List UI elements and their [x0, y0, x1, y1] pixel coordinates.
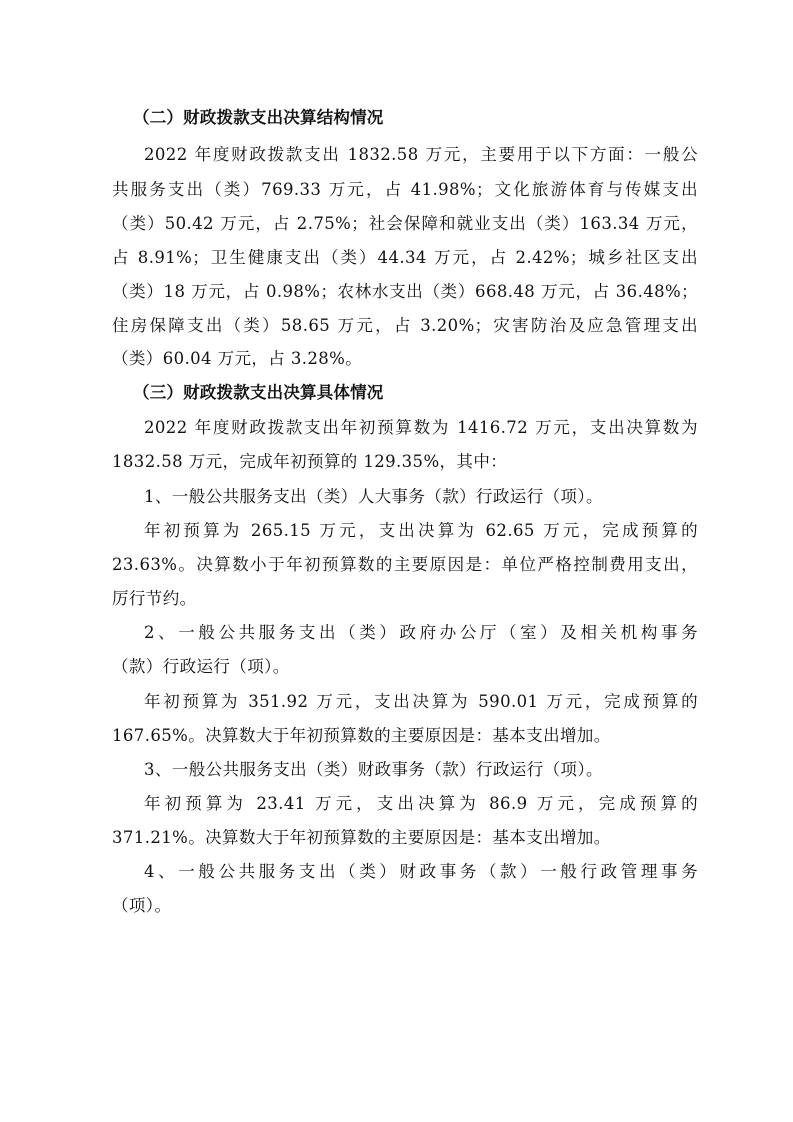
- paragraph-line: 共服务支出（类）769.33 万元，占 41.98%；文化旅游体育与传媒支出: [112, 178, 698, 202]
- paragraph-line: （类）18 万元，占 0.98%；农林水支出（类）668.48 万元，占 36.…: [112, 280, 698, 304]
- paragraph-line: （类）50.42 万元，占 2.75%；社会保障和就业支出（类）163.34 万…: [112, 212, 698, 236]
- item-title: 1、一般公共服务支出（类）人大事务（款）行政运行（项）。: [144, 485, 698, 509]
- paragraph-line: 厉行节约。: [112, 587, 698, 611]
- item-title: （项）。: [112, 894, 698, 918]
- item-title: 2、一般公共服务支出（类）政府办公厅（室）及相关机构事务: [144, 621, 698, 645]
- item-title: 4、一般公共服务支出（类）财政事务（款）一般行政管理事务: [144, 860, 698, 884]
- paragraph-line: 371.21%。决算数大于年初预算数的主要原因是：基本支出增加。: [112, 826, 698, 850]
- paragraph-line: 年初预算为 351.92 万元，支出决算为 590.01 万元，完成预算的: [144, 690, 698, 714]
- paragraph-line: 167.65%。决算数大于年初预算数的主要原因是：基本支出增加。: [112, 724, 698, 748]
- paragraph-line: 23.63%。决算数小于年初预算数的主要原因是：单位严格控制费用支出，: [112, 553, 698, 577]
- section-heading-structure: （二）财政拨款支出决算结构情况: [133, 106, 719, 130]
- paragraph-line: 2022 年度财政拨款支出 1832.58 万元，主要用于以下方面：一般公: [144, 143, 698, 167]
- paragraph-line: 住房保障支出（类）58.65 万元，占 3.20%；灾害防治及应急管理支出: [112, 314, 698, 338]
- paragraph-line: 年初预算为 265.15 万元，支出决算为 62.65 万元，完成预算的: [144, 519, 698, 543]
- paragraph-line: （类）60.04 万元，占 3.28%。: [112, 347, 698, 371]
- section-heading-detail: （三）财政拨款支出决算具体情况: [133, 381, 719, 405]
- item-title: （款）行政运行（项）。: [112, 655, 698, 679]
- item-title: 3、一般公共服务支出（类）财政事务（款）行政运行（项）。: [144, 758, 698, 782]
- paragraph-line: 1832.58 万元，完成年初预算的 129.35%，其中：: [112, 450, 698, 474]
- paragraph-line: 占 8.91%；卫生健康支出（类）44.34 万元，占 2.42%；城乡社区支出: [112, 246, 698, 270]
- paragraph-line: 2022 年度财政拨款支出年初预算数为 1416.72 万元，支出决算数为: [144, 416, 698, 440]
- paragraph-line: 年初预算为 23.41 万元，支出决算为 86.9 万元，完成预算的: [144, 792, 698, 816]
